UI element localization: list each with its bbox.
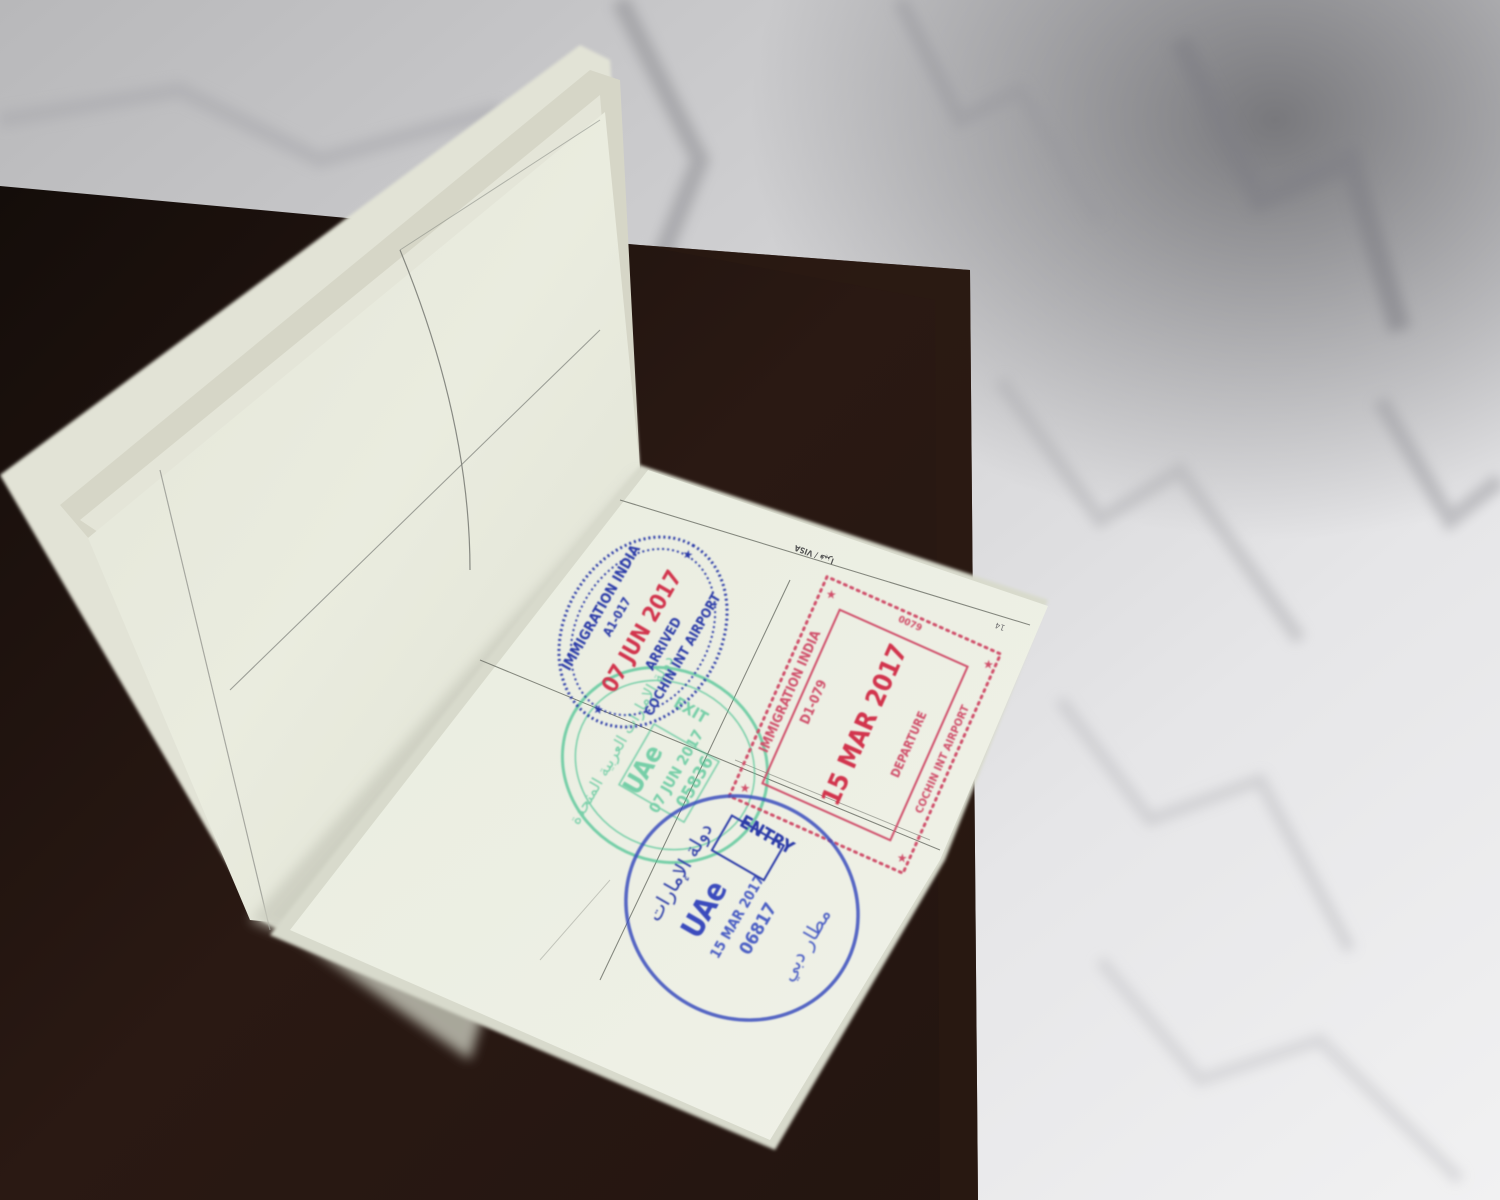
photo-scene: فيزا / VISA 14 دولة الإمارات العربية الم… [0, 0, 1500, 1200]
passport-photo: فيزا / VISA 14 دولة الإمارات العربية الم… [0, 0, 1500, 1200]
